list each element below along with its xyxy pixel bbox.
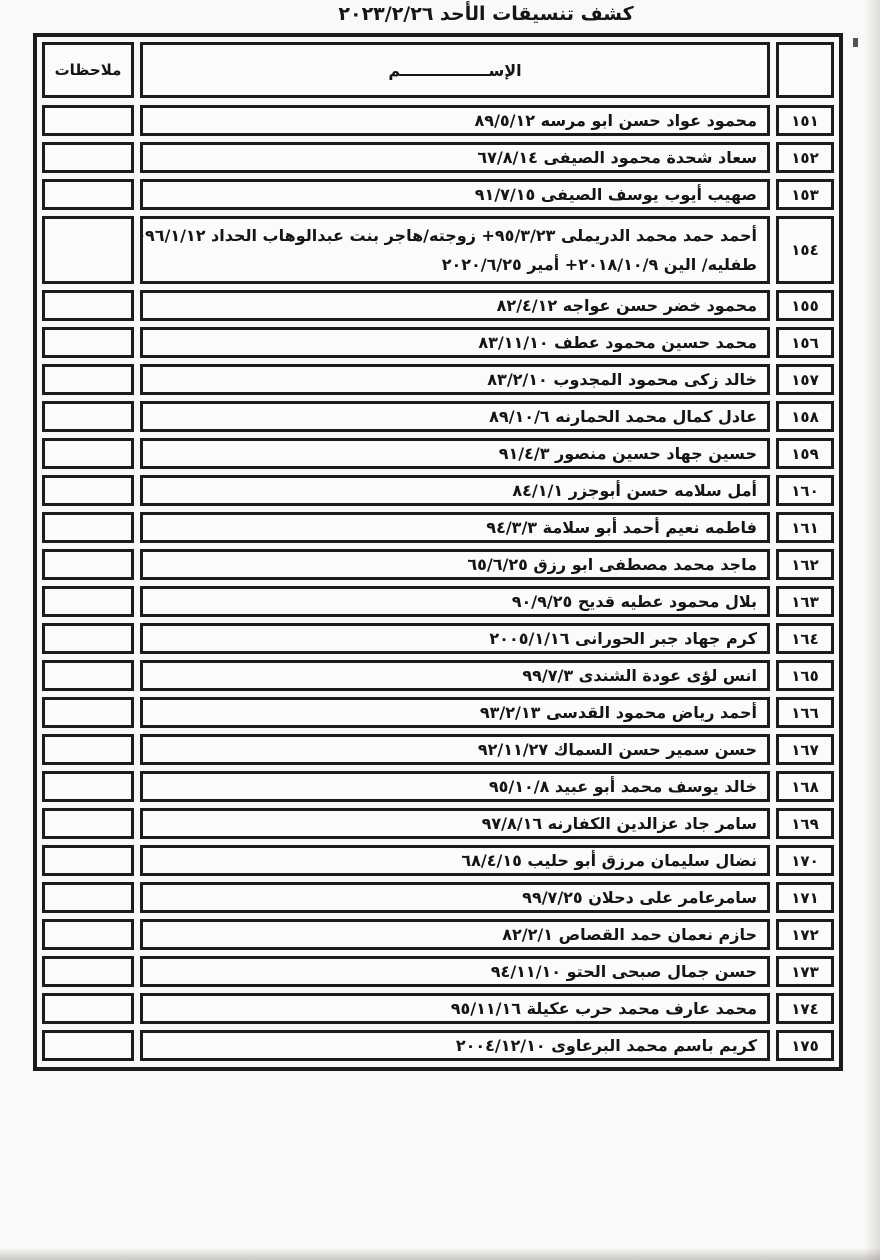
row-number-cell: ١٧١ xyxy=(776,882,834,913)
scan-corner-mark xyxy=(853,38,858,47)
row-notes-cell xyxy=(42,401,134,432)
table-row: ١٥٨ عادل كمال محمد الحمارنه ٨٩/١٠/٦ xyxy=(42,401,834,432)
row-notes-cell xyxy=(42,845,134,876)
name-line: حسين جهاد حسين منصور ٩١/٤/٣ xyxy=(499,439,757,468)
row-name-cell: انس لؤى عودة الشندى ٩٩/٧/٣ xyxy=(140,660,770,691)
row-name-cell: بلال محمود عطيه قديح ٩٠/٩/٢٥ xyxy=(140,586,770,617)
row-number-cell: ١٦٠ xyxy=(776,475,834,506)
row-number-cell: ١٦٤ xyxy=(776,623,834,654)
row-notes-cell xyxy=(42,697,134,728)
row-number-cell: ١٧٢ xyxy=(776,919,834,950)
row-name-cell: كرم جهاد جبر الحورانى ٢٠٠٥/١/١٦ xyxy=(140,623,770,654)
row-number-cell: ١٥٣ xyxy=(776,179,834,210)
name-line: فاطمه نعيم أحمد أبو سلامة ٩٤/٣/٣ xyxy=(486,513,757,542)
name-line: سامر جاد عزالدين الكفارنه ٩٧/٨/١٦ xyxy=(482,809,757,838)
row-number-cell: ١٥٤ xyxy=(776,216,834,284)
row-notes-cell xyxy=(42,993,134,1024)
header-notes-label: ملاحظات xyxy=(55,61,122,79)
row-name-cell: ماجد محمد مصطفى ابو رزق ٦٥/٦/٢٥ xyxy=(140,549,770,580)
table-row: ١٦٠ أمل سلامه حسن أبوجزر ٨٤/١/١ xyxy=(42,475,834,506)
row-name-cell: فاطمه نعيم أحمد أبو سلامة ٩٤/٣/٣ xyxy=(140,512,770,543)
table-header-row: الإســــــــــــــــم ملاحظات xyxy=(42,42,834,98)
row-notes-cell xyxy=(42,327,134,358)
row-name-cell: عادل كمال محمد الحمارنه ٨٩/١٠/٦ xyxy=(140,401,770,432)
row-number-cell: ١٥٢ xyxy=(776,142,834,173)
table-row: ١٧٣ حسن جمال صبحى الحتو ٩٤/١١/١٠ xyxy=(42,956,834,987)
row-notes-cell xyxy=(42,1030,134,1061)
row-notes-cell xyxy=(42,364,134,395)
row-name-cell: محمود خضر حسن عواجه ٨٢/٤/١٢ xyxy=(140,290,770,321)
row-name-cell: حازم نعمان حمد القصاص ٨٢/٢/١ xyxy=(140,919,770,950)
header-number-cell xyxy=(776,42,834,98)
row-name-cell: خالد يوسف محمد أبو عبيد ٩٥/١٠/٨ xyxy=(140,771,770,802)
table-row: ١٦٤ كرم جهاد جبر الحورانى ٢٠٠٥/١/١٦ xyxy=(42,623,834,654)
name-line: أمل سلامه حسن أبوجزر ٨٤/١/١ xyxy=(512,476,757,505)
table-row: ١٥٢ سعاد شحدة محمود الصيفى ٦٧/٨/١٤ xyxy=(42,142,834,173)
name-line: كرم جهاد جبر الحورانى ٢٠٠٥/١/١٦ xyxy=(489,624,757,653)
row-number-cell: ١٧٠ xyxy=(776,845,834,876)
row-name-cell: أحمد حمد محمد الدريملى ٩٥/٣/٢٣+ زوجته/ها… xyxy=(140,216,770,284)
name-line: كريم باسم محمد البرعاوى ٢٠٠٤/١٢/١٠ xyxy=(456,1031,757,1060)
row-number-cell: ١٦٢ xyxy=(776,549,834,580)
name-line: محمود عواد حسن ابو مرسه ٨٩/٥/١٢ xyxy=(475,106,757,135)
page-title: كشف تنسيقات الأحد ٢٠٢٣/٢/٢٦ xyxy=(0,3,880,25)
table-body: ١٥١ محمود عواد حسن ابو مرسه ٨٩/٥/١٢ ١٥٢ … xyxy=(42,105,834,1061)
row-number-cell: ١٦٣ xyxy=(776,586,834,617)
row-name-cell: صهيب أيوب يوسف الصيفى ٩١/٧/١٥ xyxy=(140,179,770,210)
name-line: صهيب أيوب يوسف الصيفى ٩١/٧/١٥ xyxy=(475,180,757,209)
table-row: ١٦٣ بلال محمود عطيه قديح ٩٠/٩/٢٥ xyxy=(42,586,834,617)
row-number-cell: ١٦٦ xyxy=(776,697,834,728)
row-notes-cell xyxy=(42,808,134,839)
name-line: سعاد شحدة محمود الصيفى ٦٧/٨/١٤ xyxy=(477,143,757,172)
name-line: عادل كمال محمد الحمارنه ٨٩/١٠/٦ xyxy=(489,402,757,431)
name-line: حسن سمير حسن السماك ٩٢/١١/٢٧ xyxy=(478,735,757,764)
table-row: ١٦١ فاطمه نعيم أحمد أبو سلامة ٩٤/٣/٣ xyxy=(42,512,834,543)
row-notes-cell xyxy=(42,660,134,691)
row-number-cell: ١٦٨ xyxy=(776,771,834,802)
row-name-cell: سعاد شحدة محمود الصيفى ٦٧/٨/١٤ xyxy=(140,142,770,173)
row-number-cell: ١٥١ xyxy=(776,105,834,136)
row-number-cell: ١٥٨ xyxy=(776,401,834,432)
row-notes-cell xyxy=(42,623,134,654)
row-notes-cell xyxy=(42,734,134,765)
row-number-cell: ١٦٧ xyxy=(776,734,834,765)
table-row: ١٥٧ خالد زكى محمود المجدوب ٨٣/٢/١٠ xyxy=(42,364,834,395)
row-notes-cell xyxy=(42,956,134,987)
row-name-cell: سامرعامر على دحلان ٩٩/٧/٢٥ xyxy=(140,882,770,913)
scanned-page: كشف تنسيقات الأحد ٢٠٢٣/٢/٢٦ الإســــــــ… xyxy=(0,0,880,1260)
row-name-cell: حسن جمال صبحى الحتو ٩٤/١١/١٠ xyxy=(140,956,770,987)
name-line: محمود خضر حسن عواجه ٨٢/٤/١٢ xyxy=(497,291,757,320)
row-notes-cell xyxy=(42,512,134,543)
name-line: حسن جمال صبحى الحتو ٩٤/١١/١٠ xyxy=(491,957,757,986)
header-notes-cell: ملاحظات xyxy=(42,42,134,98)
row-name-cell: محمود عواد حسن ابو مرسه ٨٩/٥/١٢ xyxy=(140,105,770,136)
name-line: أحمد رياض محمود القدسى ٩٣/٢/١٣ xyxy=(480,698,757,727)
row-name-cell: محمد حسين محمود عطف ٨٣/١١/١٠ xyxy=(140,327,770,358)
row-number-cell: ١٦٥ xyxy=(776,660,834,691)
table-row: ١٥٤ أحمد حمد محمد الدريملى ٩٥/٣/٢٣+ زوجت… xyxy=(42,216,834,284)
scan-bottom-smudge xyxy=(0,1248,880,1260)
name-line: محمد حسين محمود عطف ٨٣/١١/١٠ xyxy=(478,328,757,357)
name-line: أحمد حمد محمد الدريملى ٩٥/٣/٢٣+ زوجته/ها… xyxy=(140,221,757,250)
row-notes-cell xyxy=(42,179,134,210)
roster-table: الإســــــــــــــــم ملاحظات ١٥١ محمود … xyxy=(33,33,843,1071)
row-number-cell: ١٧٥ xyxy=(776,1030,834,1061)
table-row: ١٥٦ محمد حسين محمود عطف ٨٣/١١/١٠ xyxy=(42,327,834,358)
name-line: خالد يوسف محمد أبو عبيد ٩٥/١٠/٨ xyxy=(489,772,757,801)
row-number-cell: ١٥٩ xyxy=(776,438,834,469)
name-line: بلال محمود عطيه قديح ٩٠/٩/٢٥ xyxy=(512,587,757,616)
table-row: ١٦٨ خالد يوسف محمد أبو عبيد ٩٥/١٠/٨ xyxy=(42,771,834,802)
row-name-cell: محمد عارف محمد حرب عكيلة ٩٥/١١/١٦ xyxy=(140,993,770,1024)
name-line: ماجد محمد مصطفى ابو رزق ٦٥/٦/٢٥ xyxy=(467,550,757,579)
name-line: طفليه/ الين ٢٠١٨/١٠/٩+ أمير ٢٠٢٠/٦/٢٥ xyxy=(442,250,757,279)
table-row: ١٧١ سامرعامر على دحلان ٩٩/٧/٢٥ xyxy=(42,882,834,913)
table-row: ١٥١ محمود عواد حسن ابو مرسه ٨٩/٥/١٢ xyxy=(42,105,834,136)
row-name-cell: حسين جهاد حسين منصور ٩١/٤/٣ xyxy=(140,438,770,469)
row-notes-cell xyxy=(42,105,134,136)
row-notes-cell xyxy=(42,882,134,913)
table-row: ١٦٧ حسن سمير حسن السماك ٩٢/١١/٢٧ xyxy=(42,734,834,765)
row-notes-cell xyxy=(42,475,134,506)
row-notes-cell xyxy=(42,771,134,802)
table-row: ١٦٥ انس لؤى عودة الشندى ٩٩/٧/٣ xyxy=(42,660,834,691)
header-name-label: الإســــــــــــــــم xyxy=(388,61,521,80)
name-line: حازم نعمان حمد القصاص ٨٢/٢/١ xyxy=(502,920,757,949)
table-row: ١٧٤ محمد عارف محمد حرب عكيلة ٩٥/١١/١٦ xyxy=(42,993,834,1024)
row-number-cell: ١٥٧ xyxy=(776,364,834,395)
row-number-cell: ١٥٥ xyxy=(776,290,834,321)
header-name-cell: الإســــــــــــــــم xyxy=(140,42,770,98)
name-line: سامرعامر على دحلان ٩٩/٧/٢٥ xyxy=(522,883,757,912)
row-number-cell: ١٧٤ xyxy=(776,993,834,1024)
table-row: ١٥٩ حسين جهاد حسين منصور ٩١/٤/٣ xyxy=(42,438,834,469)
row-notes-cell xyxy=(42,549,134,580)
table-row: ١٦٦ أحمد رياض محمود القدسى ٩٣/٢/١٣ xyxy=(42,697,834,728)
name-line: نضال سليمان مرزق أبو حليب ٦٨/٤/١٥ xyxy=(461,846,757,875)
name-line: خالد زكى محمود المجدوب ٨٣/٢/١٠ xyxy=(487,365,757,394)
row-notes-cell xyxy=(42,290,134,321)
scan-edge-shadow xyxy=(864,0,880,1260)
row-notes-cell xyxy=(42,919,134,950)
row-name-cell: أمل سلامه حسن أبوجزر ٨٤/١/١ xyxy=(140,475,770,506)
row-number-cell: ١٥٦ xyxy=(776,327,834,358)
row-name-cell: سامر جاد عزالدين الكفارنه ٩٧/٨/١٦ xyxy=(140,808,770,839)
row-notes-cell xyxy=(42,438,134,469)
row-name-cell: حسن سمير حسن السماك ٩٢/١١/٢٧ xyxy=(140,734,770,765)
row-notes-cell xyxy=(42,586,134,617)
table-row: ١٧٢ حازم نعمان حمد القصاص ٨٢/٢/١ xyxy=(42,919,834,950)
name-line: انس لؤى عودة الشندى ٩٩/٧/٣ xyxy=(522,661,757,690)
row-name-cell: كريم باسم محمد البرعاوى ٢٠٠٤/١٢/١٠ xyxy=(140,1030,770,1061)
row-number-cell: ١٦٩ xyxy=(776,808,834,839)
row-notes-cell xyxy=(42,142,134,173)
name-line: محمد عارف محمد حرب عكيلة ٩٥/١١/١٦ xyxy=(451,994,757,1023)
row-name-cell: خالد زكى محمود المجدوب ٨٣/٢/١٠ xyxy=(140,364,770,395)
row-number-cell: ١٦١ xyxy=(776,512,834,543)
table-row: ١٥٣ صهيب أيوب يوسف الصيفى ٩١/٧/١٥ xyxy=(42,179,834,210)
table-row: ١٧٠ نضال سليمان مرزق أبو حليب ٦٨/٤/١٥ xyxy=(42,845,834,876)
table-row: ١٦٩ سامر جاد عزالدين الكفارنه ٩٧/٨/١٦ xyxy=(42,808,834,839)
row-notes-cell xyxy=(42,216,134,284)
row-name-cell: نضال سليمان مرزق أبو حليب ٦٨/٤/١٥ xyxy=(140,845,770,876)
row-number-cell: ١٧٣ xyxy=(776,956,834,987)
table-row: ١٦٢ ماجد محمد مصطفى ابو رزق ٦٥/٦/٢٥ xyxy=(42,549,834,580)
table-row: ١٧٥ كريم باسم محمد البرعاوى ٢٠٠٤/١٢/١٠ xyxy=(42,1030,834,1061)
row-name-cell: أحمد رياض محمود القدسى ٩٣/٢/١٣ xyxy=(140,697,770,728)
table-row: ١٥٥ محمود خضر حسن عواجه ٨٢/٤/١٢ xyxy=(42,290,834,321)
